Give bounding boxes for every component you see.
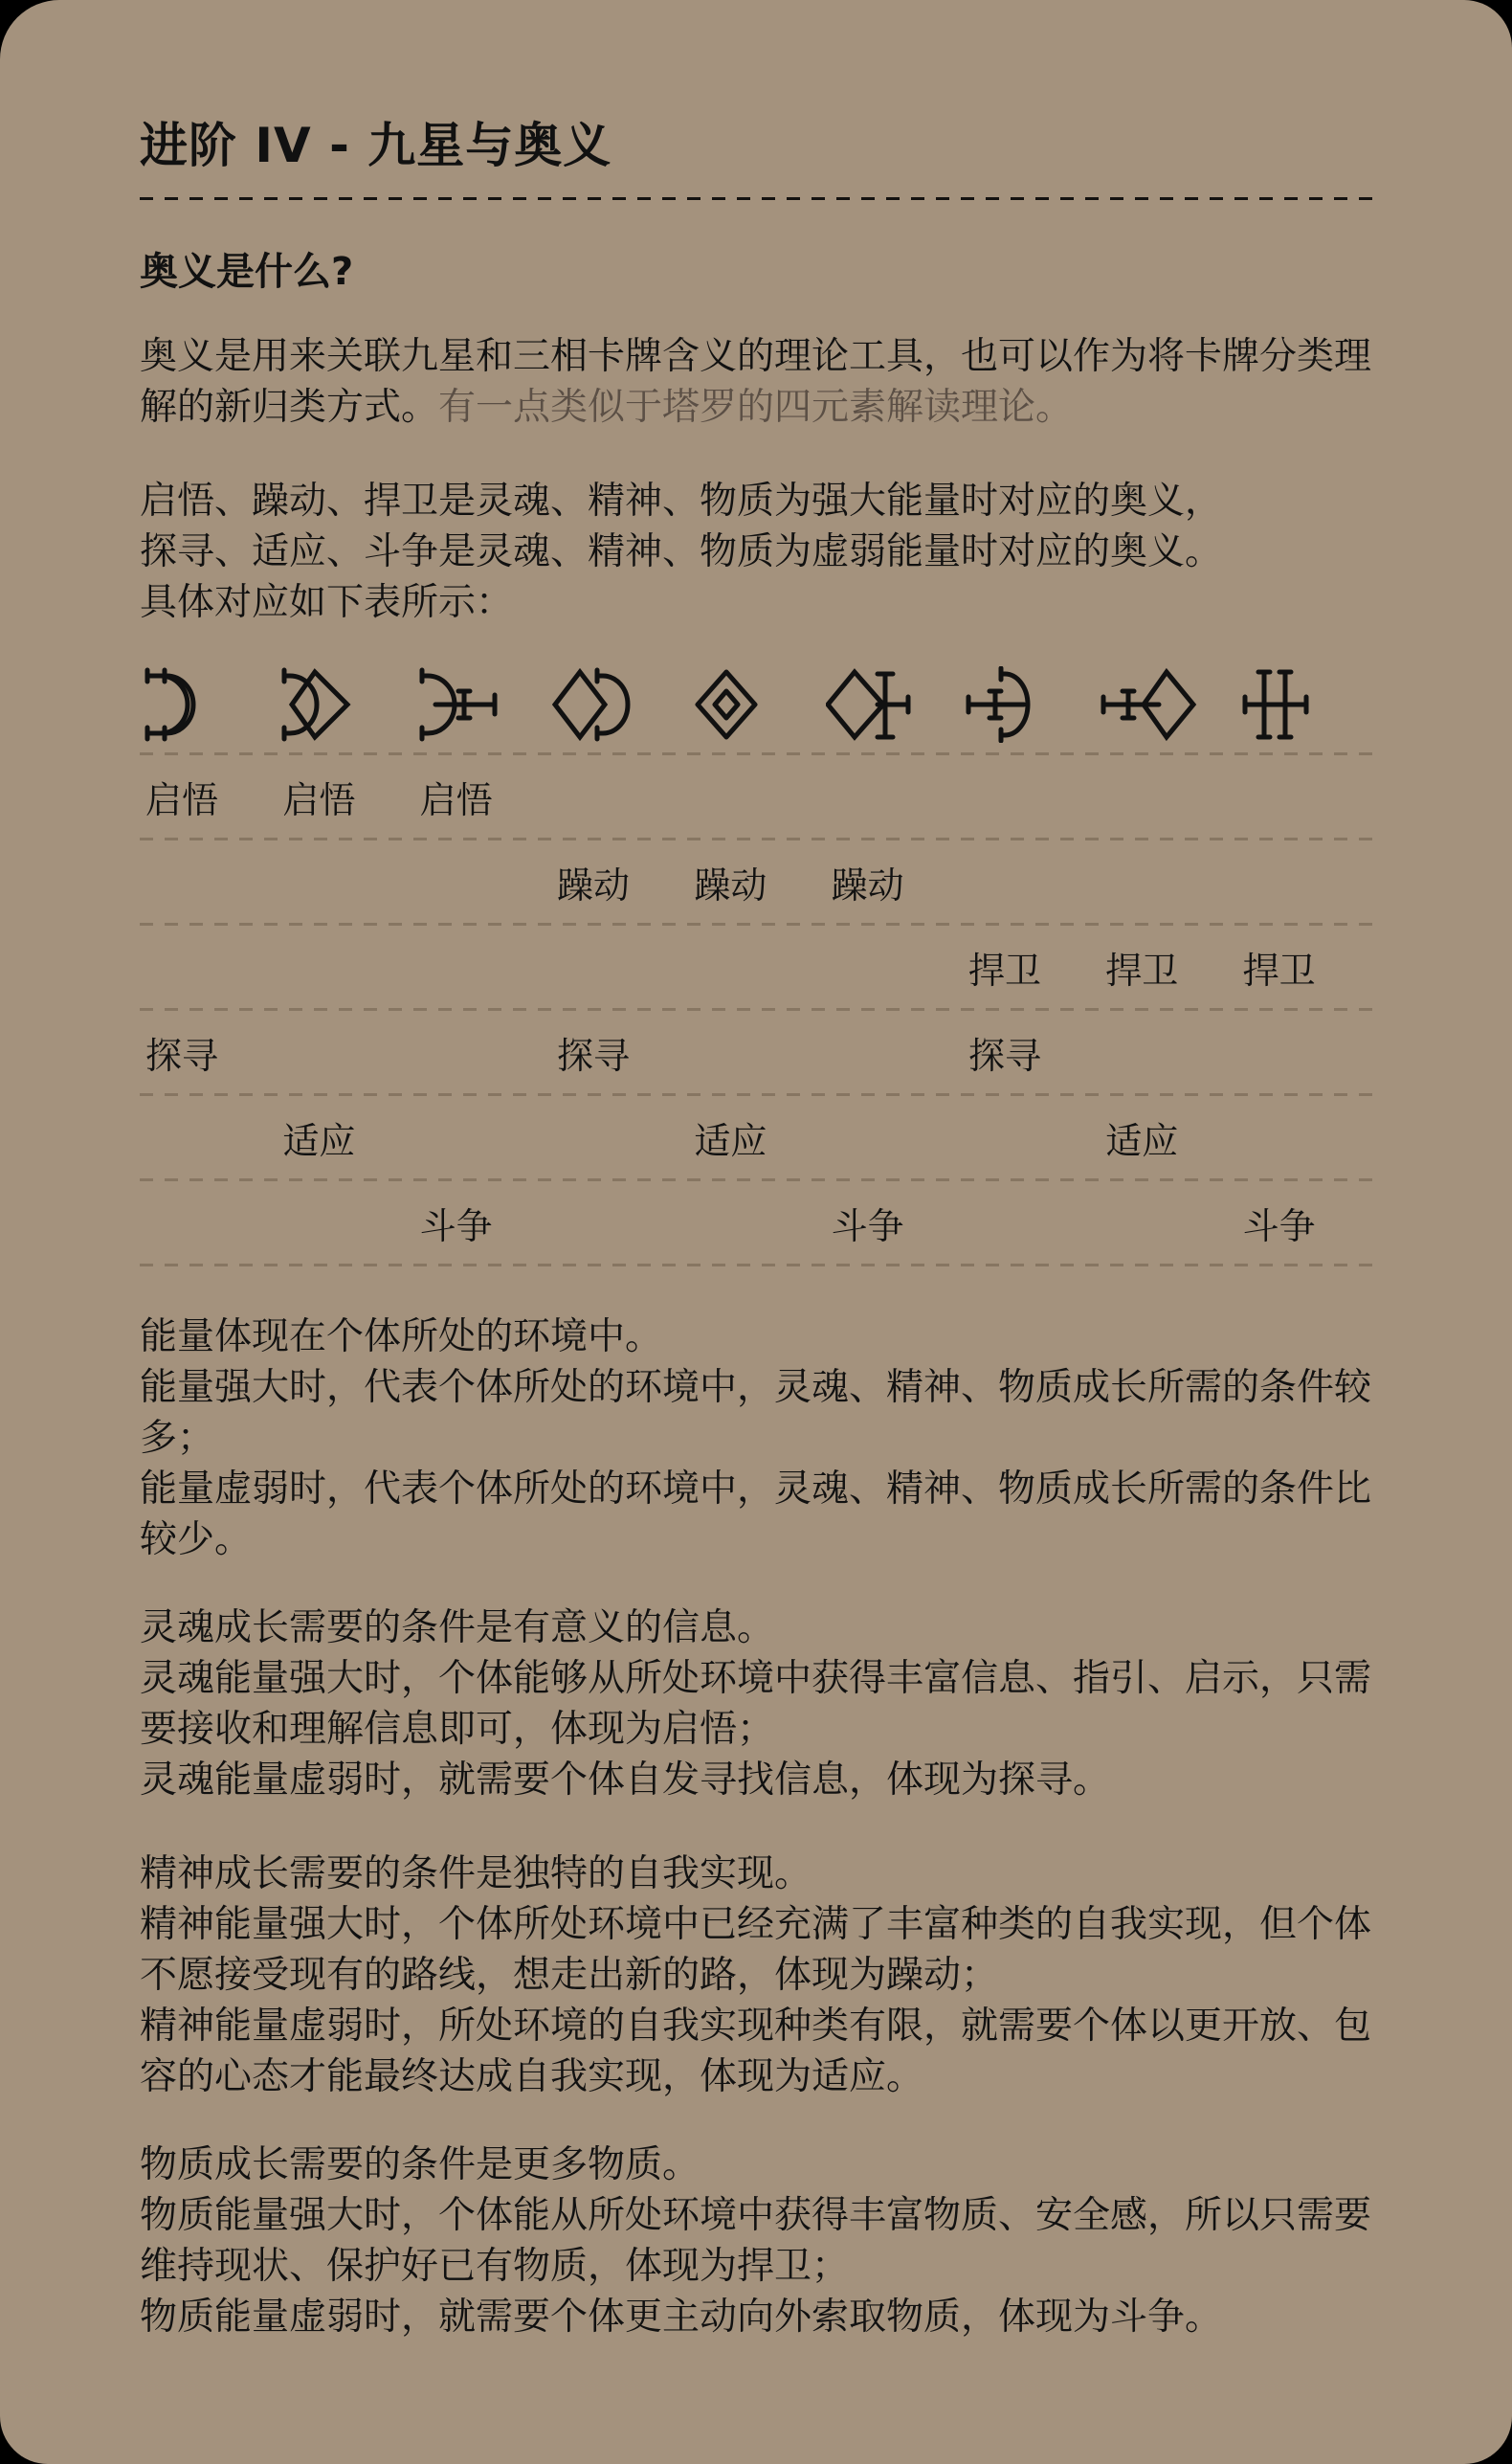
paragraph-line: 精神能量虚弱时，所处环境的自我实现种类有限，就需要个体以更开放、包容的心态才能最… [140, 2001, 1374, 2102]
paragraph-line: 能量强大时，代表个体所处的环境中，灵魂、精神、物质成长所需的条件较多； [140, 1362, 1374, 1464]
table-row: 躁动 躁动 躁动 [140, 838, 1374, 923]
table-cell [277, 1008, 413, 1093]
table-cell [551, 1178, 688, 1264]
table-cell [963, 838, 1100, 923]
table-cell [140, 923, 277, 1008]
table-cell [140, 1178, 277, 1264]
table-cell: 斗争 [826, 1178, 963, 1264]
table-cell: 启悟 [414, 752, 551, 838]
mapping-intro-line: 具体对应如下表所示： [140, 577, 1374, 628]
matter-spirit-star-icon [1100, 661, 1236, 749]
table-row: 捍卫 捍卫 捍卫 [140, 923, 1374, 1008]
soul-matter-star-icon [414, 661, 551, 749]
table-cell: 探寻 [551, 1008, 688, 1093]
table-cell [826, 1093, 963, 1178]
table-cell [688, 1178, 825, 1264]
table-cell [551, 923, 688, 1008]
table-cell: 斗争 [414, 1178, 551, 1264]
title-divider [140, 197, 1374, 200]
table-cell: 启悟 [277, 752, 413, 838]
mapping-intro-line: 探寻、适应、斗争是灵魂、精神、物质为虚弱能量时对应的奥义。 [140, 526, 1374, 577]
table-cell [688, 923, 825, 1008]
table-cell [1237, 1008, 1374, 1093]
table-cell [688, 1008, 825, 1093]
table-cell: 捍卫 [1237, 923, 1374, 1008]
table-cell [551, 752, 688, 838]
paragraph-line: 物质成长需要的条件是更多物质。 [140, 2139, 1374, 2190]
table-cell [414, 1093, 551, 1178]
paragraph-line: 物质能量虚弱时，就需要个体更主动向外索取物质，体现为斗争。 [140, 2292, 1374, 2342]
table-cell [277, 838, 413, 923]
table-cell [963, 1178, 1100, 1264]
table-cell [1100, 1008, 1236, 1093]
mapping-intro-paragraph: 启悟、躁动、捍卫是灵魂、精神、物质为强大能量时对应的奥义， 探寻、适应、斗争是灵… [140, 476, 1374, 628]
spirit-soul-star-icon [551, 661, 688, 749]
soul-paragraph: 灵魂成长需要的条件是有意义的信息。 灵魂能量强大时，个体能够从所处环境中获得丰富… [140, 1602, 1374, 1805]
matter-paragraph: 物质成长需要的条件是更多物质。 物质能量强大时，个体能从所处环境中获得丰富物质、… [140, 2139, 1374, 2342]
paragraph-line: 精神能量强大时，个体所处环境中已经充满了丰富种类的自我实现，但个体不愿接受现有的… [140, 1899, 1374, 2001]
table-cell: 躁动 [826, 838, 963, 923]
matter-soul-star-icon [963, 661, 1100, 749]
table-cell [277, 923, 413, 1008]
table-cell [277, 1178, 413, 1264]
paragraph-line: 灵魂能量虚弱时，就需要个体自发寻找信息，体现为探寻。 [140, 1755, 1374, 1805]
table-cell: 捍卫 [1100, 923, 1236, 1008]
table-cell [826, 923, 963, 1008]
table-row: 斗争 斗争 斗争 [140, 1178, 1374, 1264]
table-cell: 斗争 [1237, 1178, 1374, 1264]
table-cell [963, 1093, 1100, 1178]
intro-paragraph: 奥义是用来关联九星和三相卡牌含义的理论工具，也可以作为将卡牌分类理解的新归类方式… [140, 331, 1374, 433]
table-cell: 探寻 [963, 1008, 1100, 1093]
table-cell [140, 838, 277, 923]
soul-spirit-star-icon [277, 661, 413, 749]
table-cell: 捍卫 [963, 923, 1100, 1008]
spirit-spirit-star-icon [688, 661, 825, 749]
table-cell [1237, 752, 1374, 838]
table-cell: 躁动 [551, 838, 688, 923]
matter-matter-star-icon [1237, 661, 1374, 749]
paragraph-line: 能量虚弱时，代表个体所处的环境中，灵魂、精神、物质成长所需的条件比较少。 [140, 1464, 1374, 1565]
intro-muted-text: 有一点类似于塔罗的四元素解读理论。 [438, 386, 1073, 429]
table-cell [963, 752, 1100, 838]
paragraph-line: 能量体现在个体所处的环境中。 [140, 1311, 1374, 1362]
table-row: 启悟 启悟 启悟 [140, 752, 1374, 838]
table-cell [414, 838, 551, 923]
table-cell: 适应 [1100, 1093, 1236, 1178]
table-cell: 适应 [277, 1093, 413, 1178]
table-cell [1237, 838, 1374, 923]
table-cell: 启悟 [140, 752, 277, 838]
mapping-intro-line: 启悟、躁动、捍卫是灵魂、精神、物质为强大能量时对应的奥义， [140, 476, 1374, 526]
table-cell: 躁动 [688, 838, 825, 923]
star-symbols-row [140, 661, 1374, 749]
table-cell [1237, 1093, 1374, 1178]
paragraph-line: 灵魂成长需要的条件是有意义的信息。 [140, 1602, 1374, 1653]
table-cell [826, 1008, 963, 1093]
paragraph-line: 精神成长需要的条件是独特的自我实现。 [140, 1848, 1374, 1899]
section-heading: 奥义是什么? [140, 241, 353, 296]
card: 进阶 IV - 九星与奥义 奥义是什么? 奥义是用来关联九星和三相卡牌含义的理论… [0, 0, 1512, 2464]
paragraph-line: 灵魂能量强大时，个体能够从所处环境中获得丰富信息、指引、启示，只需要接收和理解信… [140, 1653, 1374, 1755]
table-cell: 探寻 [140, 1008, 277, 1093]
table-cell [414, 923, 551, 1008]
table-row: 探寻 探寻 探寻 [140, 1008, 1374, 1093]
energy-paragraph: 能量体现在个体所处的环境中。 能量强大时，代表个体所处的环境中，灵魂、精神、物质… [140, 1311, 1374, 1565]
table-cell [140, 1093, 277, 1178]
spirit-paragraph: 精神成长需要的条件是独特的自我实现。 精神能量强大时，个体所处环境中已经充满了丰… [140, 1848, 1374, 2102]
spirit-matter-star-icon [826, 661, 963, 749]
table-cell [1100, 838, 1236, 923]
table-cell [1100, 1178, 1236, 1264]
table-row: 适应 适应 适应 [140, 1093, 1374, 1178]
table-cell [1100, 752, 1236, 838]
page-title: 进阶 IV - 九星与奥义 [140, 107, 611, 176]
table-cell [414, 1008, 551, 1093]
table-cell [688, 752, 825, 838]
table-cell [551, 1093, 688, 1178]
soul-soul-star-icon [140, 661, 277, 749]
table-cell: 适应 [688, 1093, 825, 1178]
table-cell [826, 752, 963, 838]
paragraph-line: 物质能量强大时，个体能从所处环境中获得丰富物质、安全感，所以只需要维持现状、保护… [140, 2190, 1374, 2292]
arcana-mapping-table: 启悟 启悟 启悟 躁动 躁动 躁动 [140, 752, 1374, 1264]
